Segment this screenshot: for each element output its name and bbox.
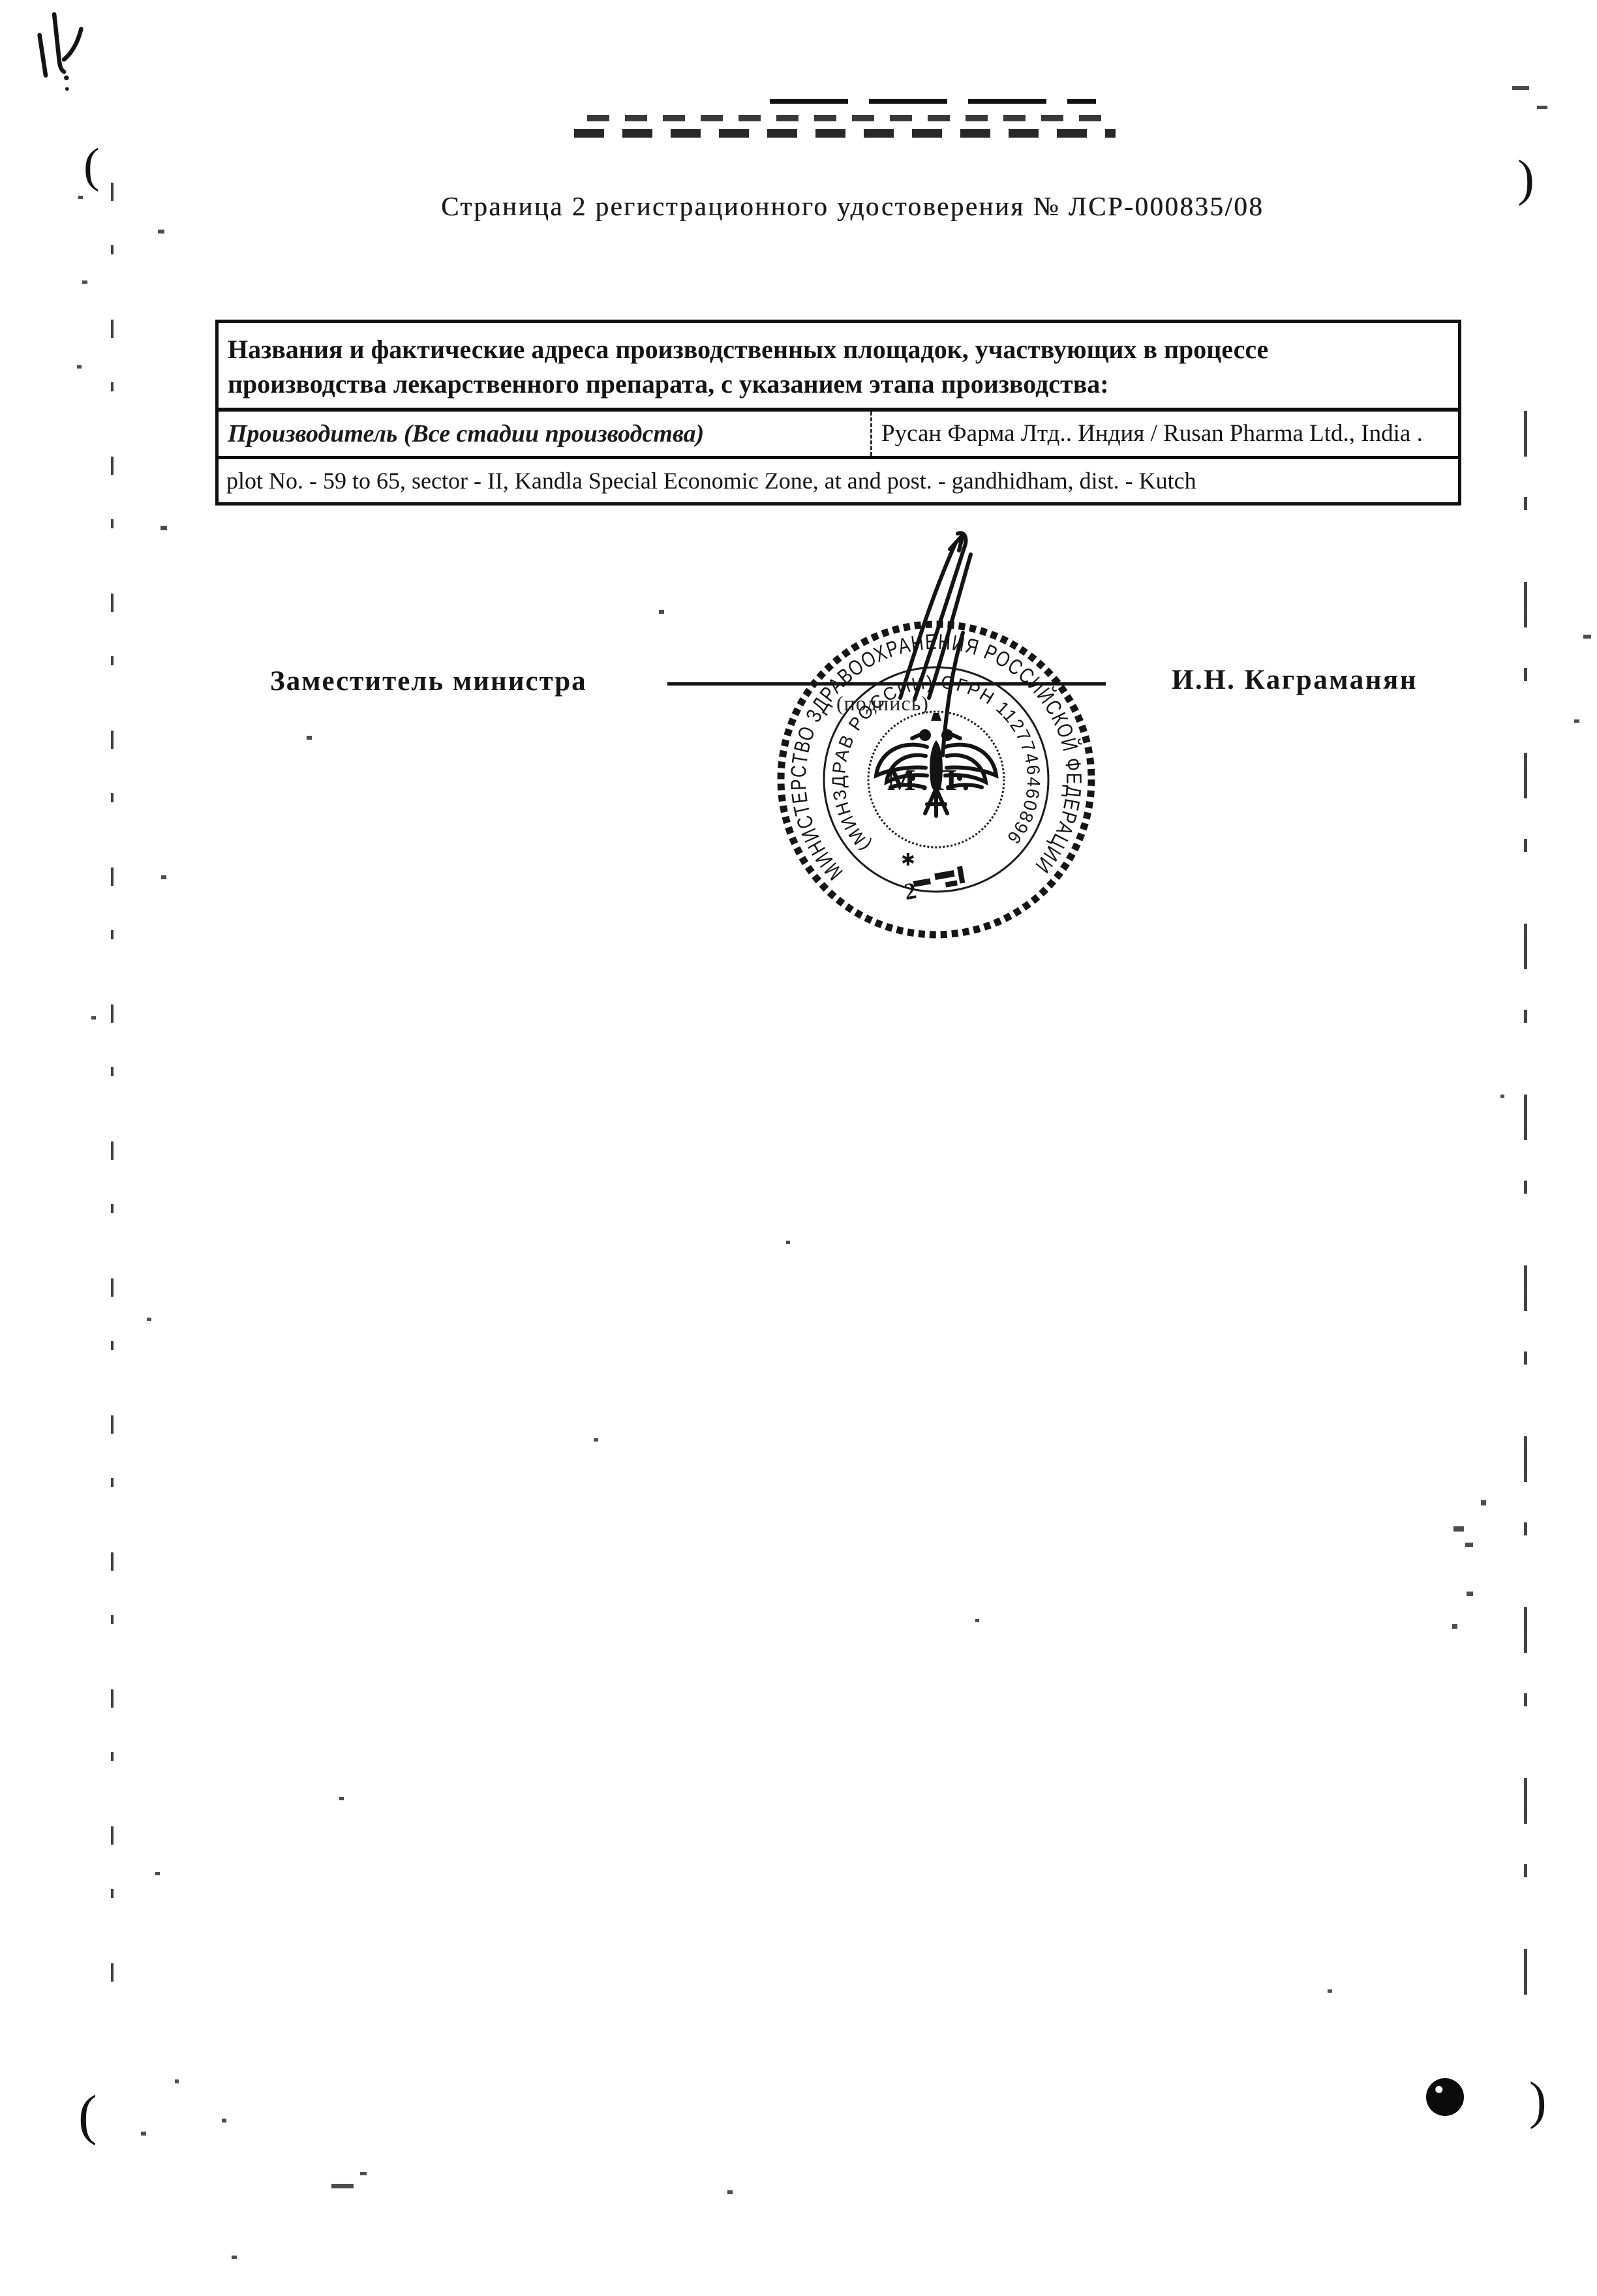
hole-punch-dot [1426, 2078, 1464, 2116]
noise-speck [786, 1241, 790, 1244]
noise-speck [78, 196, 83, 199]
noise-speck [1537, 106, 1547, 109]
noise-speck [1328, 1989, 1332, 1993]
noise-speck [360, 2172, 367, 2175]
noise-speck [659, 610, 664, 614]
noise-speck [77, 365, 82, 369]
noise-speck [222, 2119, 226, 2122]
top-smudge-dashes-2 [574, 129, 1116, 138]
noise-speck [1583, 635, 1591, 639]
noise-speck [594, 1438, 598, 1442]
noise-speck [339, 1797, 344, 1800]
noise-speck [1574, 719, 1579, 723]
signatory-role: Заместитель министра [270, 665, 587, 697]
table-title: Названия и фактические адреса производст… [219, 323, 1458, 412]
margin-mark-left-bottom: ( [78, 2082, 97, 2147]
handwritten-mark-icon [26, 3, 104, 101]
margin-mark-left-top: ( [84, 138, 100, 194]
top-smudge-line [770, 99, 1096, 104]
noise-speck [232, 2256, 237, 2259]
producer-address: plot No. - 59 to 65, sector - II, Kandla… [219, 459, 1458, 502]
noise-speck [1465, 1543, 1473, 1547]
noise-speck [1452, 1624, 1457, 1629]
noise-speck [1453, 1526, 1464, 1532]
margin-mark-right-top: ) [1517, 149, 1534, 207]
producer-value: Русан Фарма Лтд.. Индия / Rusan Pharma L… [870, 412, 1458, 456]
noise-speck [727, 2190, 733, 2194]
noise-speck [91, 1016, 96, 1020]
noise-speck [82, 280, 87, 284]
noise-speck [1467, 1592, 1473, 1596]
top-smudge-dashes [587, 115, 1103, 121]
noise-speck [160, 526, 167, 530]
noise-speck [1512, 86, 1529, 90]
production-table: Названия и фактические адреса производст… [215, 320, 1461, 506]
stamp-date-smudge: 2 [902, 866, 967, 905]
noise-speck [161, 875, 166, 879]
noise-speck [155, 1872, 160, 1875]
noise-speck [331, 2184, 354, 2188]
signature-flourish [881, 502, 1037, 776]
noise-speck [975, 1619, 979, 1622]
noise-speck [147, 1318, 151, 1321]
noise-speck [141, 2132, 146, 2136]
left-edge-dashed-line [111, 183, 114, 1996]
right-edge-dashed-line [1524, 411, 1527, 2029]
noise-speck [158, 230, 164, 234]
page-title: Страница 2 регистрационного удостоверени… [441, 190, 1354, 222]
table-row-producer: Производитель (Все стадии производства) … [219, 412, 1458, 459]
signatory-name: И.Н. Каграманян [1172, 664, 1418, 696]
noise-speck [175, 2079, 179, 2083]
producer-label: Производитель (Все стадии производства) [219, 412, 870, 456]
noise-speck [1481, 1500, 1486, 1505]
stamp-star: ✱ [901, 851, 915, 869]
noise-speck [307, 736, 312, 740]
margin-mark-right-bottom: ) [1529, 2072, 1547, 2131]
noise-speck [1500, 1095, 1504, 1098]
table-title-line1: Названия и фактические адреса производст… [228, 332, 1448, 367]
table-title-line2: производства лекарственного препарата, с… [228, 367, 1448, 401]
